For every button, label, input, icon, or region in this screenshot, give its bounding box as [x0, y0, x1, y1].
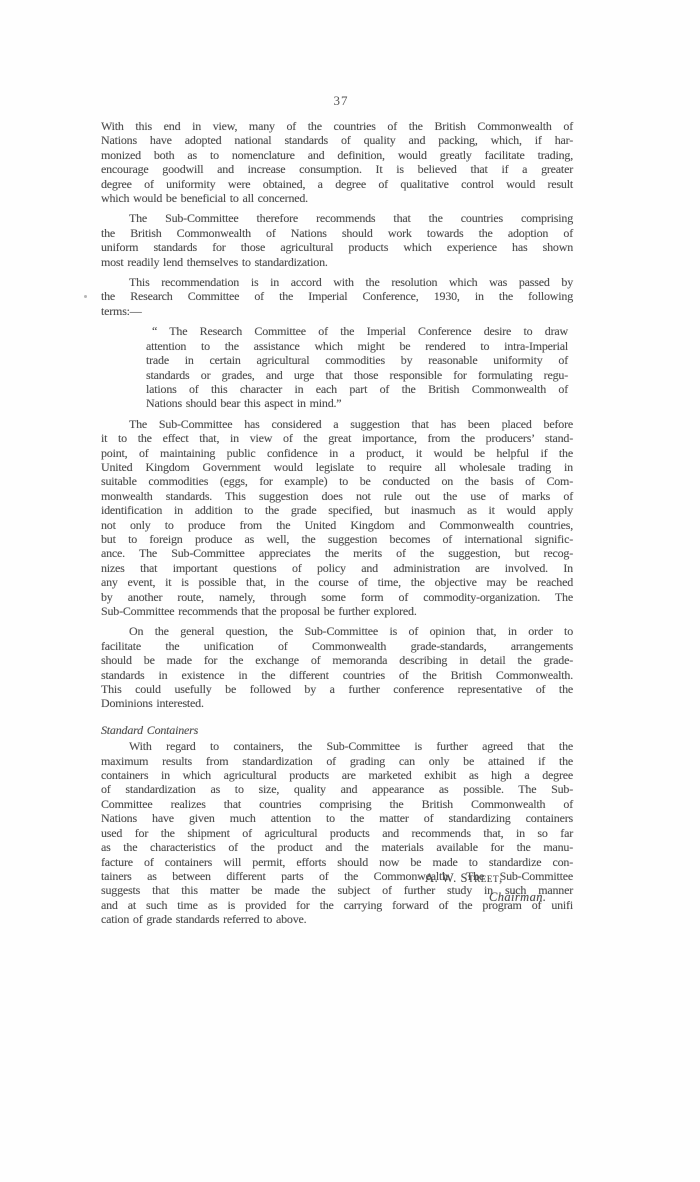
paragraph: On the general question, the Sub-Committ…: [101, 624, 573, 710]
signature-block: A. W. Street, Chairman.: [425, 871, 546, 905]
text-line: but to foreign produce as well, the sugg…: [101, 532, 573, 546]
section-heading: Standard Containers: [101, 723, 573, 737]
text-line: by another route, namely, through some f…: [101, 590, 573, 604]
text-line: ance. The Sub-Committee appreciates the …: [101, 546, 573, 560]
text-line: Standard Containers: [101, 723, 573, 737]
text-line: United Kingdom Government would legislat…: [101, 460, 573, 474]
text-line: Sub-Committee recommends that the propos…: [101, 604, 573, 618]
text-line: This could usefully be followed by a fur…: [101, 682, 573, 696]
text-line: trade in certain agricultural commoditie…: [146, 353, 568, 367]
text-line: attention to the assistance which might …: [146, 339, 568, 353]
text-line: Nations have adopted national standards …: [101, 133, 573, 147]
text-line: facture of containers will permit, effor…: [101, 855, 573, 869]
text-line: suitable commodities (eggs, for example)…: [101, 474, 573, 488]
text-line: Nations have given much attention to the…: [101, 811, 573, 825]
text-line: of standardization as to size, quality a…: [101, 782, 573, 796]
text-line: which would be beneficial to all concern…: [101, 191, 573, 205]
text-line: terms:—: [101, 304, 573, 318]
text-line: standards or grades, and urge that those…: [146, 368, 568, 382]
text-line: standards in existence in the different …: [101, 668, 573, 682]
text-line: used for the shipment of agricultural pr…: [101, 826, 573, 840]
text-line: Nations should bear this aspect in mind.…: [146, 396, 568, 410]
text-line: This recommendation is in accord with th…: [101, 275, 573, 289]
signature-title: Chairman.: [425, 890, 546, 905]
text-line: With regard to containers, the Sub-Commi…: [101, 739, 573, 753]
paragraph: The Sub-Committee therefore recommends t…: [101, 211, 573, 269]
text-line: monized both as to nomenclature and defi…: [101, 148, 573, 162]
paragraph: This recommendation is in accord with th…: [101, 275, 573, 318]
text-line: With this end in view, many of the count…: [101, 119, 573, 133]
text-block: With this end in view, many of the count…: [101, 119, 573, 927]
text-line: The Sub-Committee has considered a sugge…: [101, 417, 573, 431]
paragraph: With this end in view, many of the count…: [101, 119, 573, 205]
text-line: identification in addition to the grade …: [101, 503, 573, 517]
text-line: Dominions interested.: [101, 696, 573, 710]
quote-paragraph: “ The Research Committee of the Imperial…: [146, 324, 568, 410]
text-line: it to the effect that, in view of the gr…: [101, 431, 573, 445]
text-line: On the general question, the Sub-Committ…: [101, 624, 573, 638]
paragraph: The Sub-Committee has considered a sugge…: [101, 417, 573, 619]
text-line: encourage goodwill and increase consumpt…: [101, 162, 573, 176]
text-line: any event, it is possible that, in the c…: [101, 575, 573, 589]
signature-name: A. W. Street,: [425, 871, 546, 886]
text-line: lations of this character in each part o…: [146, 382, 568, 396]
text-line: uniform standards for those agricultural…: [101, 240, 573, 254]
text-line: most readily lend themselves to standard…: [101, 255, 573, 269]
text-line: degree of uniformity were obtained, a de…: [101, 177, 573, 191]
text-line: the Research Committee of the Imperial C…: [101, 289, 573, 303]
text-line: the British Commonwealth of Nations shou…: [101, 226, 573, 240]
ink-speck: [84, 295, 87, 298]
text-line: monwealth standards. This suggestion doe…: [101, 489, 573, 503]
text-line: maximum results from standardization of …: [101, 754, 573, 768]
text-line: point, of maintaining public confidence …: [101, 446, 573, 460]
text-line: “ The Research Committee of the Imperial…: [146, 324, 568, 338]
text-line: not only to produce from the United King…: [101, 518, 573, 532]
text-line: The Sub-Committee therefore recommends t…: [101, 211, 573, 225]
text-line: cation of grade standards referred to ab…: [101, 912, 573, 926]
text-line: facilitate the unification of Commonweal…: [101, 639, 573, 653]
page-number: 37: [101, 93, 573, 109]
text-line: should be made for the exchange of memor…: [101, 653, 573, 667]
scanned-document-page: 37 With this end in view, many of the co…: [0, 0, 700, 1182]
text-line: containers in which agricultural product…: [101, 768, 573, 782]
text-line: nizes that important questions of policy…: [101, 561, 573, 575]
text-line: Committee realizes that countries compri…: [101, 797, 573, 811]
text-line: as the characteristics of the product an…: [101, 840, 573, 854]
